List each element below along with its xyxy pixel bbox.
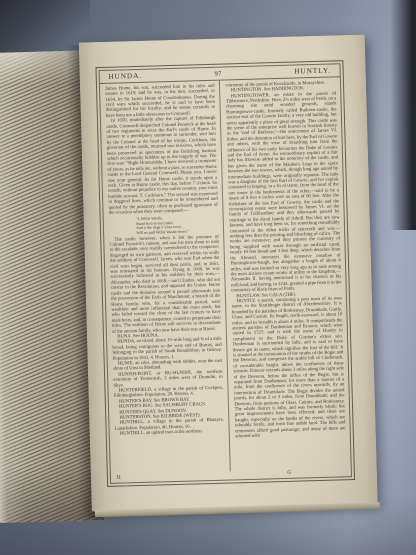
- book-page: HUNDA. 97 HUNTLY. James Home, his son, s…: [79, 35, 378, 512]
- text-columns: James Home, his son, succeeded him in hi…: [100, 77, 351, 475]
- entry-huntly: HUNTLY, a parish, containing a post town…: [231, 296, 345, 440]
- left-column: James Home, his son, succeeded him in hi…: [100, 81, 231, 475]
- right-column: extremity of the parish of Knockando, in…: [220, 77, 351, 471]
- running-head-right: HUNTLY.: [294, 67, 331, 76]
- running-head-left: HUNDA.: [108, 72, 142, 81]
- paragraph-home-succession: James Home, his son, succeeded him in hi…: [105, 83, 215, 118]
- book-photo-scene: HUNDA. 97 HUNTLY. James Home, his son, s…: [0, 0, 416, 555]
- page-number: 97: [215, 71, 222, 78]
- page-bottom-edge: [95, 502, 380, 517]
- volume-signature: II.: [117, 475, 122, 481]
- page-frame-inner: HUNDA. 97 HUNTLY. James Home, his son, s…: [98, 63, 352, 484]
- entry-hunda: HUNDA, an island, about 1½ mile long and…: [112, 337, 222, 362]
- willie-wastle-verse: “I, Willie Wastle, Stand firm in my cast…: [136, 215, 219, 235]
- paragraph-hume-castle-siege: In 1650, immediately after the capture o…: [106, 116, 218, 216]
- entry-huntingtower: HUNTINGTOWER, an estate in the parish of…: [226, 91, 342, 294]
- open-book: HUNDA. 97 HUNTLY. James Home, his son, s…: [0, 0, 416, 555]
- paragraph-hume-castle-surrender: The castle, however, when it felt the pr…: [109, 234, 221, 334]
- sheet-signature: G: [287, 470, 291, 476]
- page-frame-outer: HUNDA. 97 HUNTLY. James Home, his son, s…: [95, 60, 355, 487]
